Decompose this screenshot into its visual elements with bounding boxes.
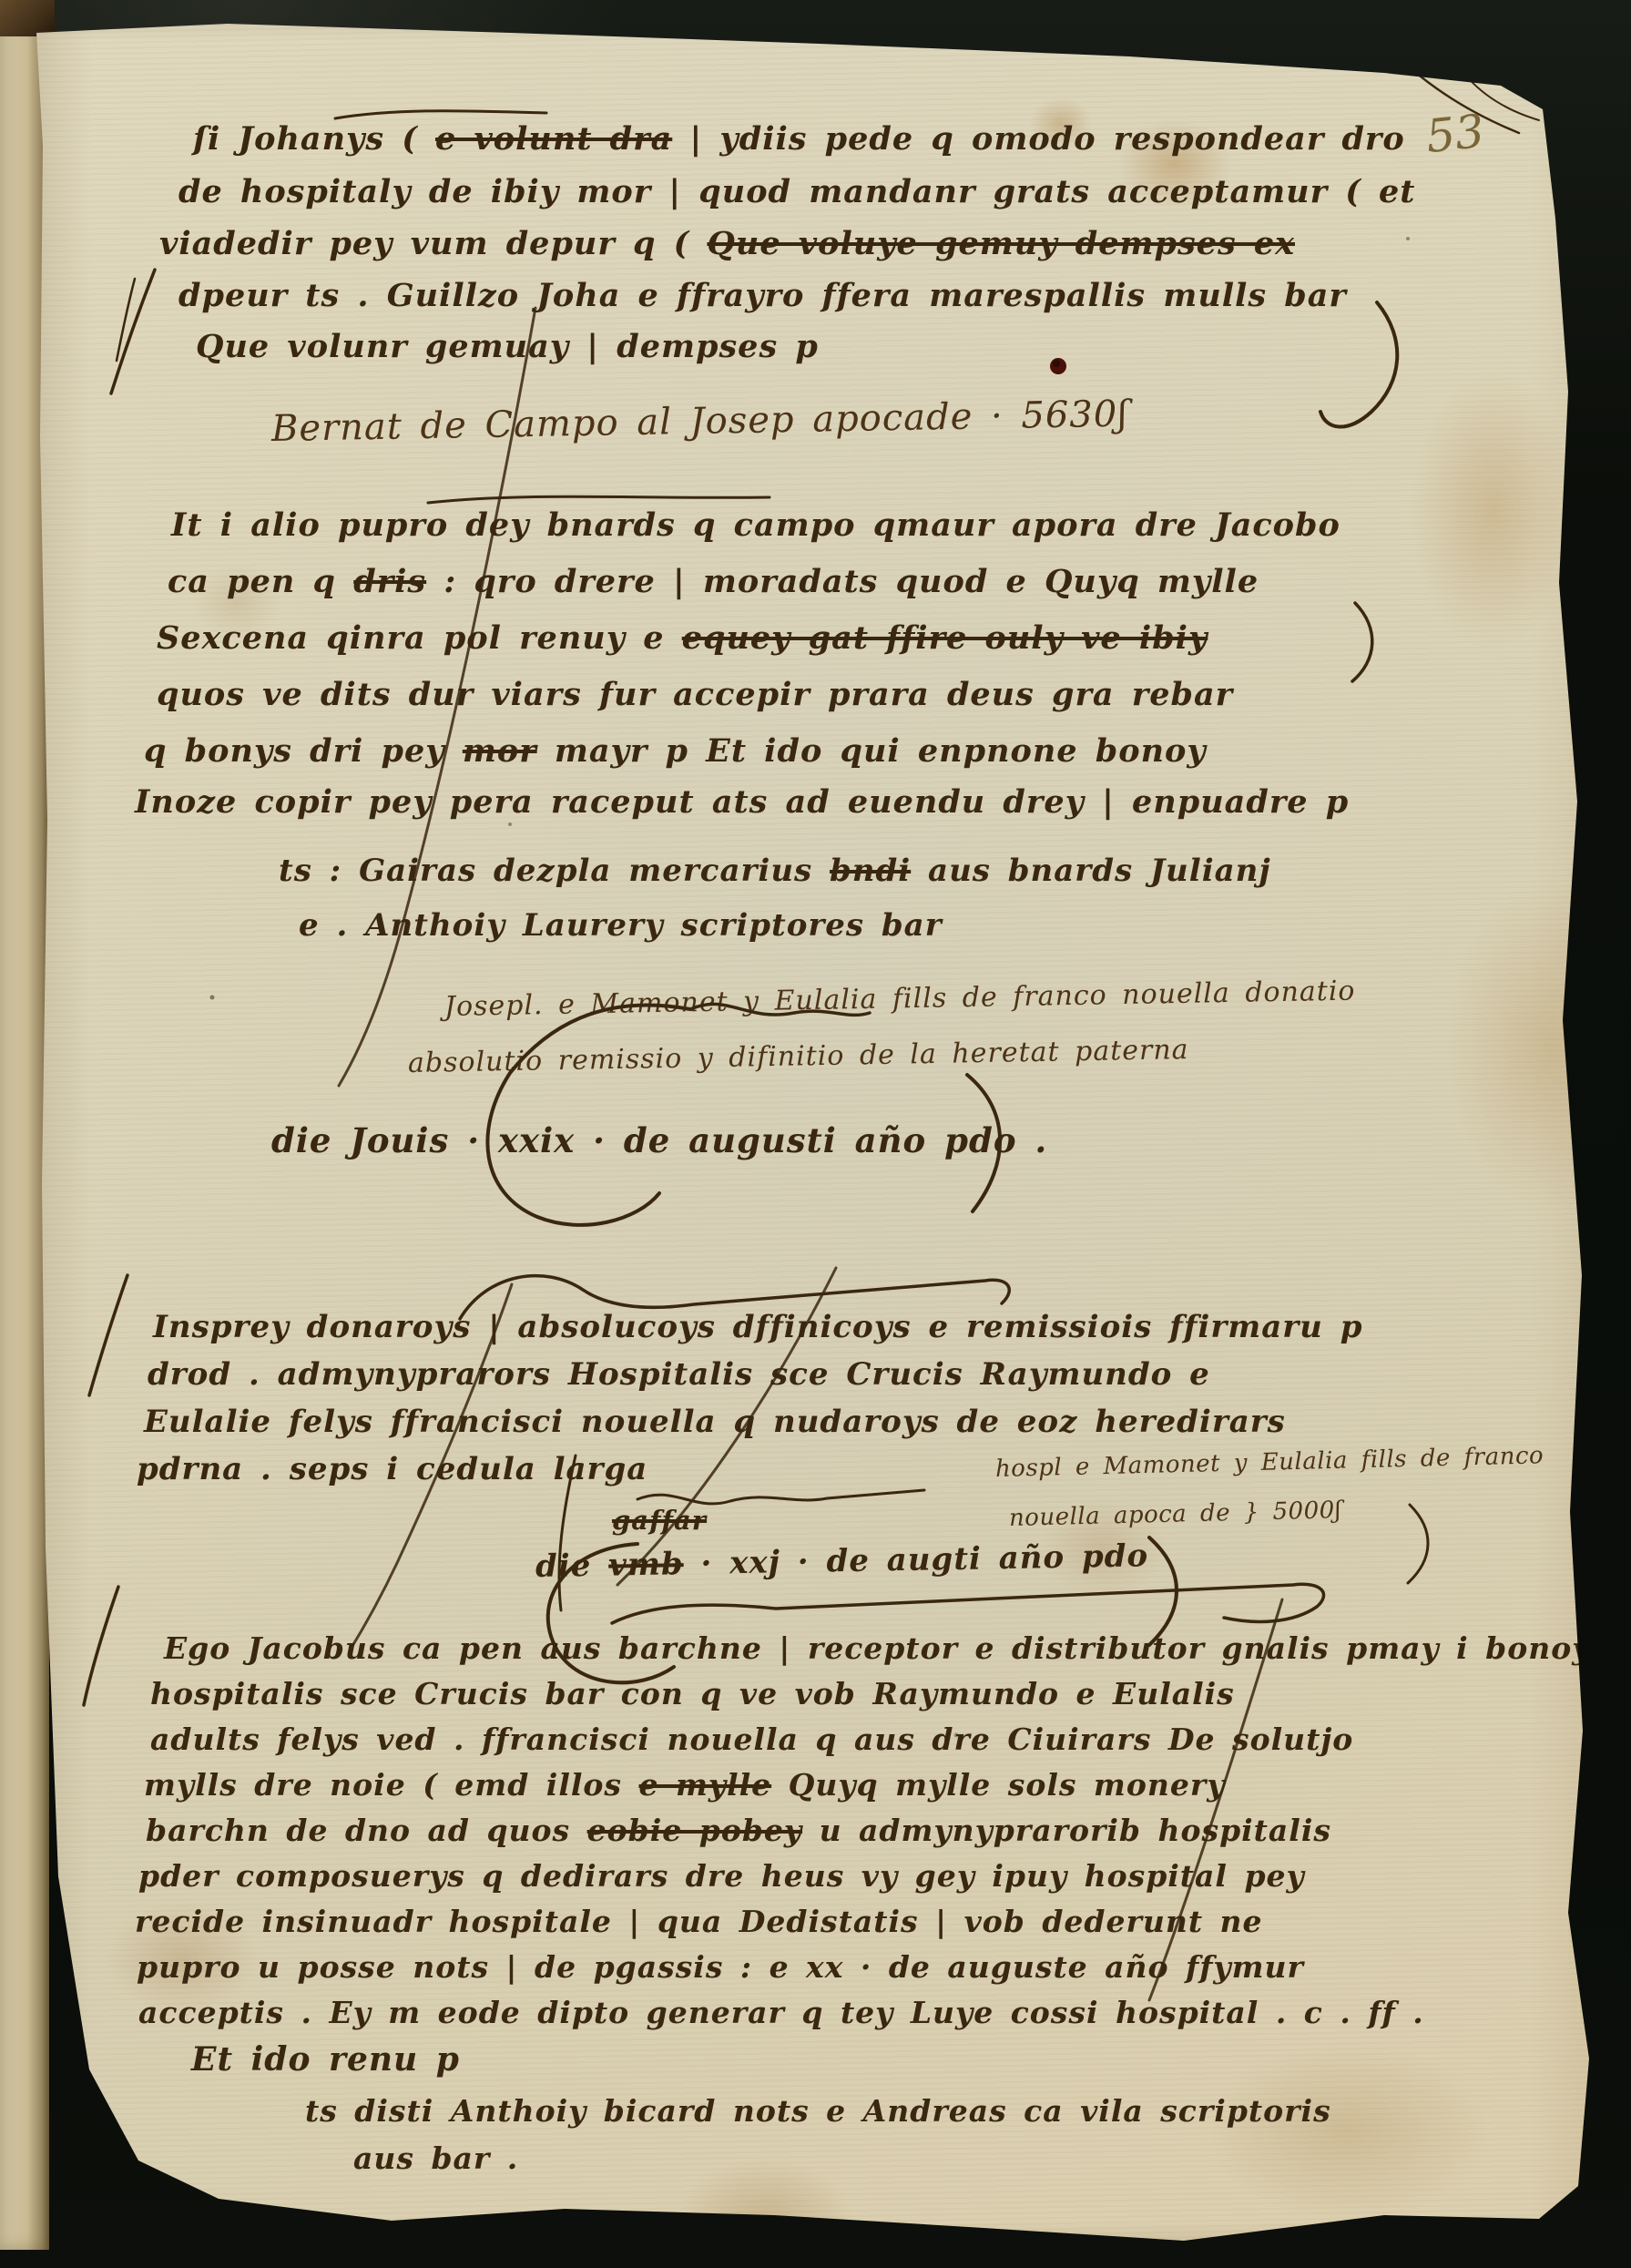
text-segment: adults felys ved . ffrancisci nouella q … xyxy=(150,1721,1353,1757)
manuscript-line: Josepl. e Mamonet y Eulalia fills de fra… xyxy=(444,976,1356,1023)
manuscript-line: hospl e Mamonet y Eulalia fills de franc… xyxy=(995,1442,1544,1483)
closing-formula: Et ido renu p xyxy=(191,2040,460,2079)
manuscript-page: 53 ſi Johanys ( e volunt dra | ydiis ped… xyxy=(0,0,1631,2268)
text-segment: hospitalis sce Crucis bar con q ve vob R… xyxy=(150,1676,1235,1711)
text-segment: barchn de dno ad quos xyxy=(146,1813,587,1848)
struck-text: mor xyxy=(463,732,537,770)
text-segment: q bonys dri pey xyxy=(144,732,463,770)
text-segment: absolutio remissio y difinitio de la her… xyxy=(408,1034,1189,1079)
struck-text: dris xyxy=(353,563,426,600)
manuscript-line: de hospitaly de ibiy mor | quod mandanr … xyxy=(178,173,1415,210)
text-segment: mayr p Et ido qui enpnone bonoy xyxy=(537,732,1207,770)
text-segment: Insprey donaroys | absolucoys dffinicoys… xyxy=(153,1309,1362,1345)
ink-blot xyxy=(1050,358,1066,374)
manuscript-line: ca pen q dris : qro drere | moradats quo… xyxy=(168,563,1259,600)
margin-slash xyxy=(117,279,135,361)
text-segment: ts disti Anthoiy bicard nots e Andreas c… xyxy=(305,2093,1331,2129)
text-segment: Que volunr gemuay | dempses p xyxy=(196,328,819,365)
heading-text: Bernat de Campo al Josep apocade · 5630ʃ xyxy=(271,393,1129,450)
cancelled-word: gaffar xyxy=(612,1505,707,1536)
manuscript-line: ts disti Anthoiy bicard nots e Andreas c… xyxy=(305,2093,1331,2129)
macron-stroke xyxy=(428,496,770,503)
text-segment: hospl e Mamonet y Eulalia fills de franc… xyxy=(995,1442,1544,1483)
text-segment: e . Anthoiy Laurery scriptores bar xyxy=(299,907,943,944)
entry-heading: Bernat de Campo al Josep apocade · 5630ʃ xyxy=(271,393,1129,450)
struck-text: gaffar xyxy=(612,1505,707,1536)
manuscript-line: q bonys dri pey mor mayr p Et ido qui en… xyxy=(144,732,1207,770)
date-line-1: die Jouis · xxix · de augusti año pdo . xyxy=(271,1120,1047,1160)
struck-text: e volunt dra xyxy=(435,120,672,158)
text-segment: ſi Johanys ( xyxy=(193,120,435,158)
text-segment: die Jouis · xxix · de augusti año pdo . xyxy=(271,1120,1047,1160)
text-segment: viadedir pey vum depur q ( xyxy=(159,225,707,262)
text-segment: acceptis . Ey m eode dipto generar q tey… xyxy=(138,1995,1424,2030)
text-segment: · xxj · de augti año pdo xyxy=(683,1538,1148,1582)
sum-text: nouella apoca de } 5000ʃ xyxy=(1009,1497,1342,1532)
text-segment: It i alio pupro dey bnards q campo qmaur… xyxy=(171,506,1340,544)
text-segment: quos ve dits dur viars fur accepir prara… xyxy=(157,676,1233,713)
text-segment: pdrna . seps i cedula larga xyxy=(137,1451,647,1487)
close-bracket-date2 xyxy=(1149,1538,1177,1645)
text-segment: pder composuerys q dedirars dre heus vy … xyxy=(138,1858,1305,1894)
manuscript-line: barchn de dno ad quos eobie pobey u admy… xyxy=(146,1813,1331,1848)
struck-text: vmb xyxy=(608,1546,684,1583)
manuscript-line: nouella apoca de } 5000ʃ xyxy=(1009,1497,1342,1532)
struck-text: equey gat ffire ouly ve ibiy xyxy=(682,619,1208,657)
manuscript-line: recide insinuadr hospitale | qua Dedista… xyxy=(135,1904,1263,1939)
ink-speck xyxy=(508,822,512,826)
manuscript-line: Ego Jacobus ca pen aus barchne | recepto… xyxy=(164,1630,1590,1666)
manuscript-line: viadedir pey vum depur q ( Que voluye ge… xyxy=(159,225,1295,262)
text-segment: drod . admynyprarors Hospitalis sce Cruc… xyxy=(148,1356,1210,1393)
entry-divider-flourish xyxy=(612,1584,1324,1623)
manuscript-line: pupro u posse nots | de pgassis : e xx ·… xyxy=(137,1949,1304,1985)
text-segment: mylls dre noie ( emd illos xyxy=(144,1767,638,1803)
text-segment: Ego Jacobus ca pen aus barchne | recepto… xyxy=(164,1630,1590,1666)
manuscript-line: mylls dre noie ( emd illos e mylle Quyq … xyxy=(144,1767,1225,1803)
strike-tail-flourish xyxy=(637,1490,924,1504)
struck-text: bndi xyxy=(830,853,911,889)
text-segment: Eulalie felys ffrancisci nouella q nudar… xyxy=(144,1404,1286,1440)
paraph-flourish xyxy=(1352,603,1372,681)
manuscript-line: Que volunr gemuay | dempses p xyxy=(196,328,819,365)
manuscript-line: e . Anthoiy Laurery scriptores bar xyxy=(299,907,943,944)
manuscript-line: Insprey donaroys | absolucoys dffinicoys… xyxy=(153,1309,1362,1345)
ink-speck xyxy=(1406,237,1410,240)
struck-text: e mylle xyxy=(638,1767,771,1803)
margin-slash xyxy=(84,1587,118,1705)
ink-blot-core xyxy=(1053,360,1060,367)
manuscript-line: It i alio pupro dey bnards q campo qmaur… xyxy=(171,506,1340,544)
binding-wood-corner xyxy=(0,0,55,36)
manuscript-line: acceptis . Ey m eode dipto generar q tey… xyxy=(138,1995,1424,2030)
folio-number: 53 xyxy=(1423,105,1486,163)
paraph-flourish xyxy=(1320,302,1397,427)
text-segment: : qro drere | moradats quod e Quyq mylle xyxy=(426,563,1259,600)
manuscript-line: aus bar . xyxy=(353,2140,518,2176)
manuscript-line: adults felys ved . ffrancisci nouella q … xyxy=(150,1721,1353,1757)
manuscript-line: pder composuerys q dedirars dre heus vy … xyxy=(138,1858,1305,1894)
text-segment: de hospitaly de ibiy mor | quod mandanr … xyxy=(178,173,1415,210)
text-segment: recide insinuadr hospitale | qua Dedista… xyxy=(135,1904,1263,1939)
text-segment: u admynyprarorib hospitalis xyxy=(802,1813,1331,1848)
inset-close-brace xyxy=(1408,1505,1428,1583)
manuscript-line: drod . admynyprarors Hospitalis sce Cruc… xyxy=(148,1356,1210,1393)
text-segment: aus bnards Julianj xyxy=(911,853,1270,889)
ink-speck xyxy=(210,996,215,1000)
manuscript-line: ts : Gairas dezpla mercarius bndi aus bn… xyxy=(279,853,1271,889)
manuscript-line: Sexcena qinra pol renuy e equey gat ffir… xyxy=(157,619,1208,657)
text-segment: Quyq mylle sols monery xyxy=(771,1767,1225,1803)
manuscript-line: Eulalie felys ffrancisci nouella q nudar… xyxy=(144,1404,1286,1440)
manuscript-line: dpeur ts . Guillzo Joha e ffrayro ffera … xyxy=(178,277,1347,314)
text-segment: Inoze copir pey pera raceput ats ad euen… xyxy=(135,783,1349,821)
manuscript-line: ſi Johanys ( e volunt dra | ydiis pede q… xyxy=(193,120,1405,158)
date-line-2: die vmb · xxj · de augti año pdo xyxy=(535,1538,1149,1585)
margin-slash xyxy=(111,270,155,393)
text-segment: Josepl. e Mamonet y Eulalia fills de fra… xyxy=(444,976,1356,1023)
text-segment: die xyxy=(535,1548,609,1585)
text-segment: Et ido renu p xyxy=(191,2040,460,2079)
text-segment: | ydiis pede q omodo respondear dro xyxy=(672,120,1404,158)
text-segment: Sexcena qinra pol renuy e xyxy=(157,619,682,657)
manuscript-line: quos ve dits dur viars fur accepir prara… xyxy=(157,676,1233,713)
margin-slash xyxy=(89,1275,127,1395)
macron-stroke xyxy=(335,111,546,118)
text-segment: ts : Gairas dezpla mercarius xyxy=(279,853,830,889)
manuscript-line: absolutio remissio y difinitio de la her… xyxy=(408,1034,1189,1079)
text-segment: pupro u posse nots | de pgassis : e xx ·… xyxy=(137,1949,1304,1985)
text-segment: aus bar . xyxy=(353,2140,518,2176)
open-bracket-date1 xyxy=(487,1005,690,1224)
struck-text: eobie pobey xyxy=(587,1813,802,1848)
text-segment: ca pen q xyxy=(168,563,353,600)
manuscript-line: pdrna . seps i cedula larga xyxy=(137,1451,647,1487)
manuscript-line: Inoze copir pey pera raceput ats ad euen… xyxy=(135,783,1349,821)
struck-text: Que voluye gemuy dempses ex xyxy=(707,225,1295,262)
text-segment: dpeur ts . Guillzo Joha e ffrayro ffera … xyxy=(178,277,1347,314)
manuscript-line: hospitalis sce Crucis bar con q ve vob R… xyxy=(150,1676,1235,1711)
